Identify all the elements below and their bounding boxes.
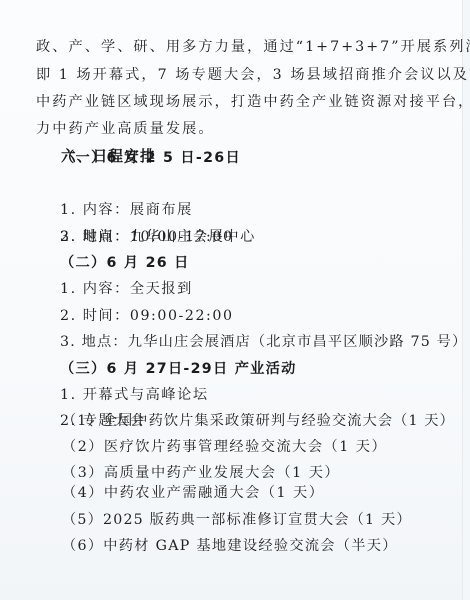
schedule-heading: （一）6 月 2 5 日-26日 (60, 148, 241, 168)
intro-paragraph-line: 中药产业链区域现场展示，打造中药全产业链资源对接平台，助 (36, 92, 470, 112)
sub-item: （6）中药材 GAP 基地建设经验交流会（半天） (62, 536, 398, 556)
intro-paragraph-line: 政、产、学、研、用多方力量，通过“1+7+3+7”开展系列活动， (36, 37, 470, 57)
sub-item: （4）中药农业产需融通大会（1 天） (62, 483, 324, 503)
schedule-item: 1. 内容：展商布展 (60, 200, 193, 220)
schedule-item: 3. 地点：九华山庄会展中心 (60, 227, 256, 247)
document-page: 政、产、学、研、用多方力量，通过“1+7+3+7”开展系列活动， 即 1 场开幕… (0, 0, 463, 600)
sub-item: （2）医疗饮片药事管理经验交流大会（1 天） (62, 437, 387, 457)
schedule-item: 1. 开幕式与高峰论坛 (60, 385, 209, 405)
schedule-item: 3. 地点：九华山庄会展酒店（北京市昌平区顺沙路 75 号） (60, 332, 467, 352)
schedule-heading: （三）6 月 27日-29日 产业活动 (60, 359, 297, 379)
sub-item: （5）2025 版药典一部标准修订宣贯大会（1 天） (62, 510, 412, 530)
intro-paragraph-line: 即 1 场开幕式，7 场专题大会，3 场县域招商推介会议以及 7 大 (36, 65, 470, 85)
sub-item: （1）全国中药饮片集采政策研判与经验交流大会（1 天） (62, 411, 455, 431)
schedule-item: 2. 时间：09:00-22:00 (60, 306, 234, 326)
intro-paragraph-line: 力中药产业高质量发展。 (36, 119, 215, 139)
schedule-heading: （二）6 月 26 日 (60, 253, 190, 273)
sub-item: （3）高质量中药产业发展大会（1 天） (62, 463, 340, 483)
schedule-item: 1. 内容：全天报到 (60, 279, 193, 299)
